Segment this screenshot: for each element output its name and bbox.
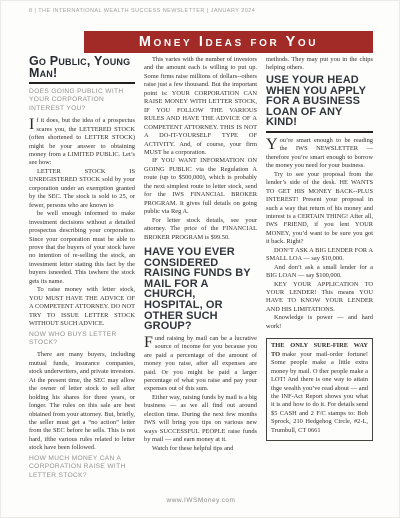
paragraph: Watch for these helpful tips and <box>144 445 257 453</box>
paragraph: Either way, raising funds by mail is a b… <box>144 394 257 445</box>
paragraph: KEY YOUR APPLICATION TO YOUR LENDER! Thi… <box>266 281 373 315</box>
dropcap-letter: Y <box>266 137 280 151</box>
newsletter-page: 8 | The International Wealth Success New… <box>0 0 400 518</box>
paragraph-text: ou’re smart enough to be reading the IWS… <box>266 137 373 169</box>
paragraph: DON’T ASK A BIG LENDER FOR A SMALL LOA —… <box>266 247 373 264</box>
paragraph: This varies with the number of investors… <box>144 56 257 157</box>
paragraph: For letter stock details, see your attor… <box>144 217 257 242</box>
article-title-fund-raising: HAVE YOU EVER CONSIDERED RAISING FUNDS B… <box>144 247 257 332</box>
paragraph: methods. They may put you in the chips h… <box>266 56 373 73</box>
title-rule <box>266 131 373 133</box>
section-banner: Money Ideas for You <box>84 31 373 53</box>
article-title-use-your-head: USE YOUR HEAD WHEN YOU APPLY FOR A BUSIN… <box>266 75 373 128</box>
paragraph: You’re smart enough to be reading the IW… <box>266 137 373 171</box>
paragraph: To raise money with letter stock, YOU MU… <box>29 286 135 328</box>
paragraph: LETTER STOCK IS UNREGISTERED STOCK sold … <box>29 168 135 210</box>
paragraph: There are many buyers, including mutual … <box>29 351 135 452</box>
section-banner-title: Money Ideas for You <box>139 34 318 50</box>
paragraph: Try to see your proposal from the lender… <box>266 171 373 247</box>
article-title-go-public: Go Public, Young Man! <box>29 56 135 79</box>
dropcap-letter: F <box>144 335 155 349</box>
subhead-how-much: HOW MUCH MONEY CAN A CORPORATION RAISE W… <box>29 455 135 480</box>
title-rule <box>29 82 135 84</box>
column-middle: This varies with the number of investors… <box>144 56 257 453</box>
paragraph: Fund raising by mail can be a lucrative … <box>144 335 257 394</box>
paragraph-text: f it does, but the idea of a prospectus … <box>29 117 135 166</box>
footer-website-url: www.IWSMoney.com <box>28 497 374 504</box>
paragraph-text: und raising by mail can be a lucrative s… <box>144 335 257 393</box>
paragraph: And don’t ask a small lender for a BIG L… <box>266 264 373 281</box>
paragraph: Knowledge is power — and hard work! <box>266 314 373 331</box>
classified-ad-box: THE ONLY SURE-FIRE WAY TOmake your mail-… <box>266 338 373 441</box>
page-header-meta: 8 | The International Wealth Success New… <box>29 8 255 14</box>
paragraph: IF YOU WANT INFORMATION ON GOING PUBLIC … <box>144 157 257 216</box>
paragraph: If it does, but the idea of a prospectus… <box>29 117 135 168</box>
column-right: methods. They may put you in the chips h… <box>266 56 373 441</box>
kicker-go-public: DOES GOING PUBLIC WITH YOUR CORPORATION … <box>29 88 135 113</box>
column-left: Go Public, Young Man! DOES GOING PUBLIC … <box>29 56 135 484</box>
subhead-who-buys: NOW WHO BUYS LETTER STOCK? <box>29 331 135 348</box>
ad-body-text: make your mail-order fortune! Some peopl… <box>271 351 368 434</box>
paragraph: be well enough informed to make investme… <box>29 210 135 286</box>
